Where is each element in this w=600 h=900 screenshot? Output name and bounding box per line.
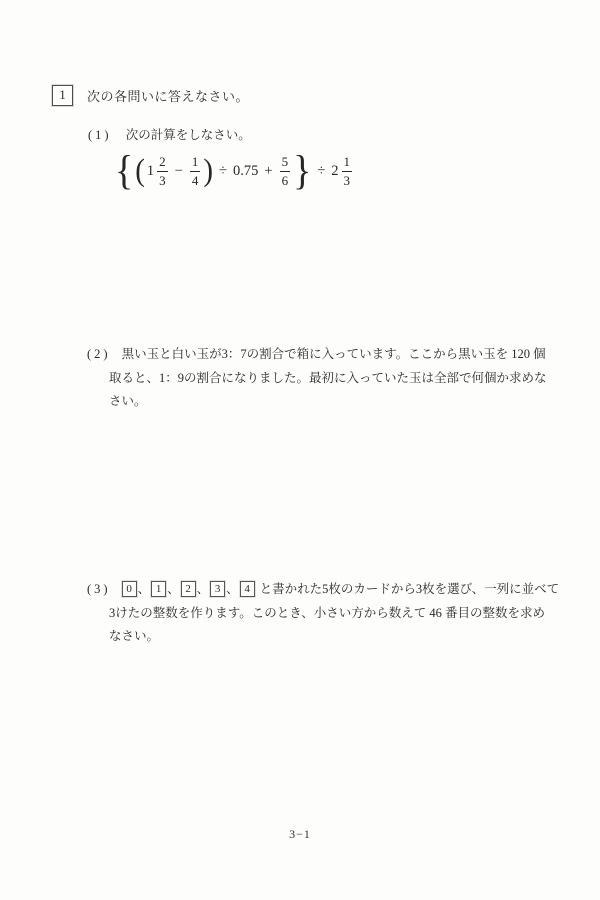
card-2: 2 (181, 581, 196, 597)
divide-operator-1: ÷ (219, 163, 227, 180)
card-0: 0 (122, 581, 137, 597)
mixed1-numerator: 2 (157, 155, 168, 172)
question-1-text: 次の計算をしなさい。 (126, 128, 251, 142)
question-2-line-2: 取ると、1：9の割合になりました。最初に入っていた玉は全部で何個か求めな (109, 367, 567, 391)
question-3-line-2: 3けたの整数を作ります。このとき、小さい方から数えて 46 番目の整数を求め (109, 602, 567, 626)
card-separator: 、 (167, 582, 180, 596)
page-number: 3−1 (0, 827, 600, 842)
problem-number-box: 1 (52, 85, 73, 106)
mixed1-fraction: 2 3 (157, 155, 168, 187)
problem-instruction: 次の各問いに答えなさい。 (87, 86, 249, 105)
question-3-line-1: (3)0、1、2、3、4と書かれた5枚のカードから3枚を選び、一列に並べて (87, 578, 567, 602)
card-separator: 、 (138, 582, 151, 596)
question-2-text-1: 黒い玉と白い玉が3：7の割合で箱に入っています。ここから黒い玉を 120 個 (122, 347, 546, 361)
left-paren: ( (135, 155, 145, 186)
question-1-heading: (1) 次の計算をしなさい。 (88, 125, 251, 143)
card-1: 1 (151, 581, 166, 597)
card-4: 4 (240, 581, 255, 597)
decimal-value: 0.75 (233, 163, 258, 180)
right-curly-brace: } (293, 150, 311, 191)
question-3: (3)0、1、2、3、4と書かれた5枚のカードから3枚を選び、一列に並べて 3け… (87, 578, 567, 649)
mixed2-whole: 2 (331, 163, 338, 180)
question-3-text-1: と書かれた5枚のカードから3枚を選び、一列に並べて (260, 582, 560, 596)
card-3: 3 (210, 581, 225, 597)
mixed2-denominator: 3 (342, 172, 353, 188)
minus-operator: − (175, 163, 183, 180)
question-1-formula: { ( 1 2 3 − 1 4 ) ÷ 0.75 + 5 6 } ÷ 2 1 3 (114, 148, 354, 194)
mixed2-fraction: 1 3 (342, 155, 353, 187)
question-2-line-3: さい。 (109, 390, 567, 414)
fraction-3-numerator: 5 (280, 155, 291, 172)
fraction-3-denominator: 6 (280, 172, 291, 188)
problem-header: 1 次の各問いに答えなさい。 (52, 84, 249, 106)
question-3-label: (3) (87, 582, 111, 596)
fraction-2-numerator: 1 (190, 155, 201, 172)
exam-page: 1 次の各問いに答えなさい。 (1) 次の計算をしなさい。 { ( 1 2 3 … (0, 0, 600, 900)
card-separator: 、 (197, 582, 210, 596)
card-separator: 、 (226, 582, 239, 596)
question-2-line-1: (2)黒い玉と白い玉が3：7の割合で箱に入っています。ここから黒い玉を 120 … (87, 343, 567, 367)
plus-operator: + (264, 163, 272, 180)
fraction-2-denominator: 4 (190, 172, 201, 188)
mixed1-whole: 1 (147, 163, 154, 180)
left-curly-brace: { (115, 150, 133, 191)
mixed2-numerator: 1 (342, 155, 353, 172)
fraction-2: 1 4 (190, 155, 201, 187)
right-paren: ) (203, 155, 213, 186)
question-1-label: (1) (88, 128, 112, 142)
mixed1-denominator: 3 (157, 172, 168, 188)
divide-operator-2: ÷ (317, 163, 325, 180)
question-3-line-3: なさい。 (109, 625, 567, 649)
question-2-label: (2) (87, 347, 111, 361)
problem-number: 1 (59, 87, 66, 103)
fraction-3: 5 6 (280, 155, 291, 187)
question-2: (2)黒い玉と白い玉が3：7の割合で箱に入っています。ここから黒い玉を 120 … (87, 343, 567, 414)
